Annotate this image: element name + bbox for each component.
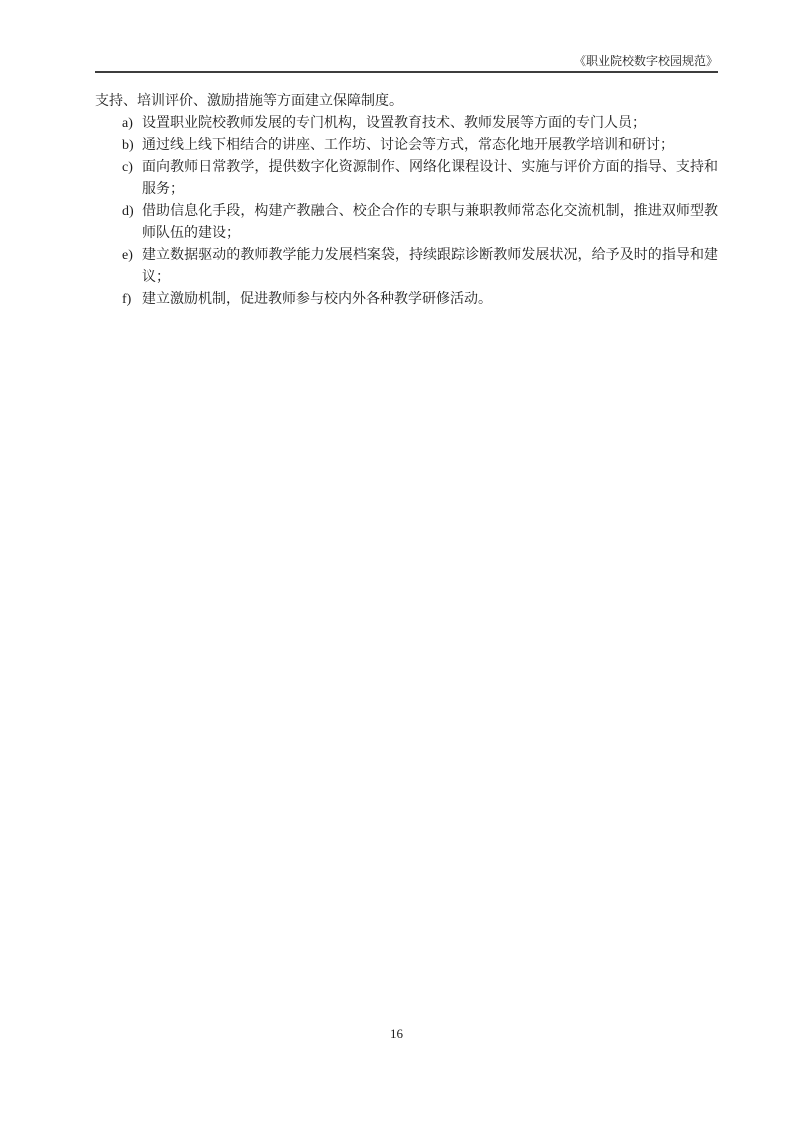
list-item-label: e): [122, 245, 142, 267]
list-item-label: f): [122, 289, 142, 311]
list-item-text: 借助信息化手段，构建产教融合、校企合作的专职与兼职教师常态化交流机制，推进双师型…: [142, 201, 718, 245]
list-item-text: 面向教师日常教学，提供数字化资源制作、网络化课程设计、实施与评价方面的指导、支持…: [142, 157, 718, 201]
page-content: 支持、培训评价、激励措施等方面建立保障制度。 a) 设置职业院校教师发展的专门机…: [95, 91, 718, 311]
page-number: 16: [0, 1026, 793, 1042]
list-item-label: c): [122, 157, 142, 179]
list-item: d) 借助信息化手段，构建产教融合、校企合作的专职与兼职教师常态化交流机制，推进…: [95, 201, 718, 245]
list-item-label: b): [122, 135, 142, 157]
header-rule: [95, 71, 718, 73]
list-item-text: 设置职业院校教师发展的专门机构，设置教育技术、教师发展等方面的专门人员；: [142, 113, 718, 135]
list-item-text: 通过线上线下相结合的讲座、工作坊、讨论会等方式，常态化地开展教学培训和研讨；: [142, 135, 718, 157]
lettered-list: a) 设置职业院校教师发展的专门机构，设置教育技术、教师发展等方面的专门人员； …: [95, 113, 718, 311]
header-title: 《职业院校数字校园规范》: [95, 53, 718, 69]
list-item: e) 建立数据驱动的教师教学能力发展档案袋，持续跟踪诊断教师发展状况，给予及时的…: [95, 245, 718, 289]
intro-paragraph: 支持、培训评价、激励措施等方面建立保障制度。: [95, 91, 718, 113]
list-item: b) 通过线上线下相结合的讲座、工作坊、讨论会等方式，常态化地开展教学培训和研讨…: [95, 135, 718, 157]
list-item-label: d): [122, 201, 142, 223]
list-item-label: a): [122, 113, 142, 135]
list-item-text: 建立激励机制，促进教师参与校内外各种教学研修活动。: [142, 289, 718, 311]
document-page: 《职业院校数字校园规范》 支持、培训评价、激励措施等方面建立保障制度。 a) 设…: [0, 0, 793, 1122]
list-item: a) 设置职业院校教师发展的专门机构，设置教育技术、教师发展等方面的专门人员；: [95, 113, 718, 135]
list-item: c) 面向教师日常教学，提供数字化资源制作、网络化课程设计、实施与评价方面的指导…: [95, 157, 718, 201]
list-item: f) 建立激励机制，促进教师参与校内外各种教学研修活动。: [95, 289, 718, 311]
list-item-text: 建立数据驱动的教师教学能力发展档案袋，持续跟踪诊断教师发展状况，给予及时的指导和…: [142, 245, 718, 289]
